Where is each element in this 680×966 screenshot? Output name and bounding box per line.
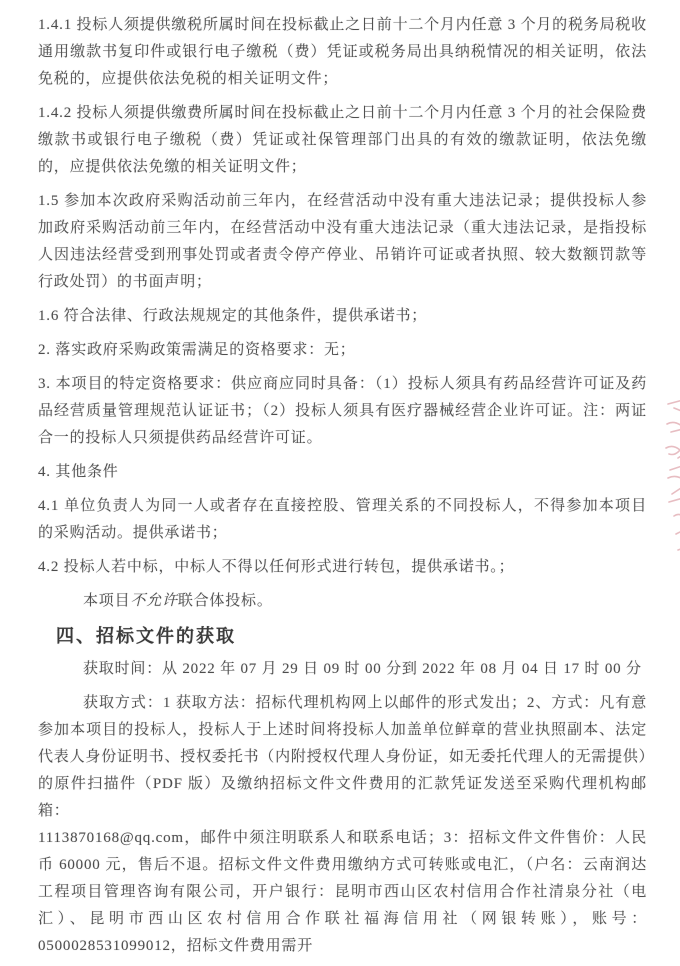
paragraph-1-4-1: 1.4.1 投标人须提供缴税所属时间在投标截止之日前十二个月内任意 3 个月的税… — [38, 12, 647, 93]
joint-bid-suffix: 联合体投标。 — [178, 593, 273, 609]
acquisition-time-line: 获取时间：从 2022 年 07 月 29 日 09 时 00 分到 2022 … — [38, 656, 647, 683]
paragraph-3: 3. 本项目的特定资格要求：供应商应同时具备：（1）投标人须具有药品经营许可证及… — [38, 371, 647, 452]
joint-bid-emphasis: 不允许 — [130, 593, 177, 609]
paragraph-4-2: 4.2 投标人若中标，中标人不得以任何形式进行转包，提供承诺书。； — [38, 554, 647, 581]
acquisition-method-payment-text: 1113870168@qq.com，邮件中须注明联系人和联系电话；3：招标文件文… — [38, 830, 647, 954]
paragraph-2: 2. 落实政府采购政策需满足的资格要求：无； — [38, 337, 647, 364]
section-heading-document-acquisition: 四、招标文件的获取 — [56, 622, 647, 648]
red-handwriting-artifact — [654, 398, 680, 568]
joint-bid-statement: 本项目不允许联合体投标。 — [38, 588, 647, 615]
paragraph-1-6: 1.6 符合法律、行政法规规定的其他条件，提供承诺书； — [38, 303, 647, 330]
paragraph-1-4-2: 1.4.2 投标人须提供缴费所属时间在投标截止之日前十二个月内任意 3 个月的社… — [38, 100, 647, 181]
document-page: 1.4.1 投标人须提供缴税所属时间在投标截止之日前十二个月内任意 3 个月的税… — [0, 0, 680, 966]
acquisition-method-text: 获取方式：1 获取方法：招标代理机构网上以邮件的形式发出；2、方式：凡有意参加本… — [38, 695, 647, 819]
joint-bid-prefix: 本项目 — [83, 593, 130, 609]
acquisition-method-paragraph: 获取方式：1 获取方法：招标代理机构网上以邮件的形式发出；2、方式：凡有意参加本… — [38, 690, 647, 960]
paragraph-4-1: 4.1 单位负责人为同一人或者存在直接控股、管理关系的不同投标人，不得参加本项目… — [38, 493, 647, 547]
paragraph-4: 4. 其他条件 — [38, 459, 647, 486]
paragraph-1-5: 1.5 参加本次政府采购活动前三年内，在经营活动中没有重大违法记录；提供投标人参… — [38, 188, 647, 296]
